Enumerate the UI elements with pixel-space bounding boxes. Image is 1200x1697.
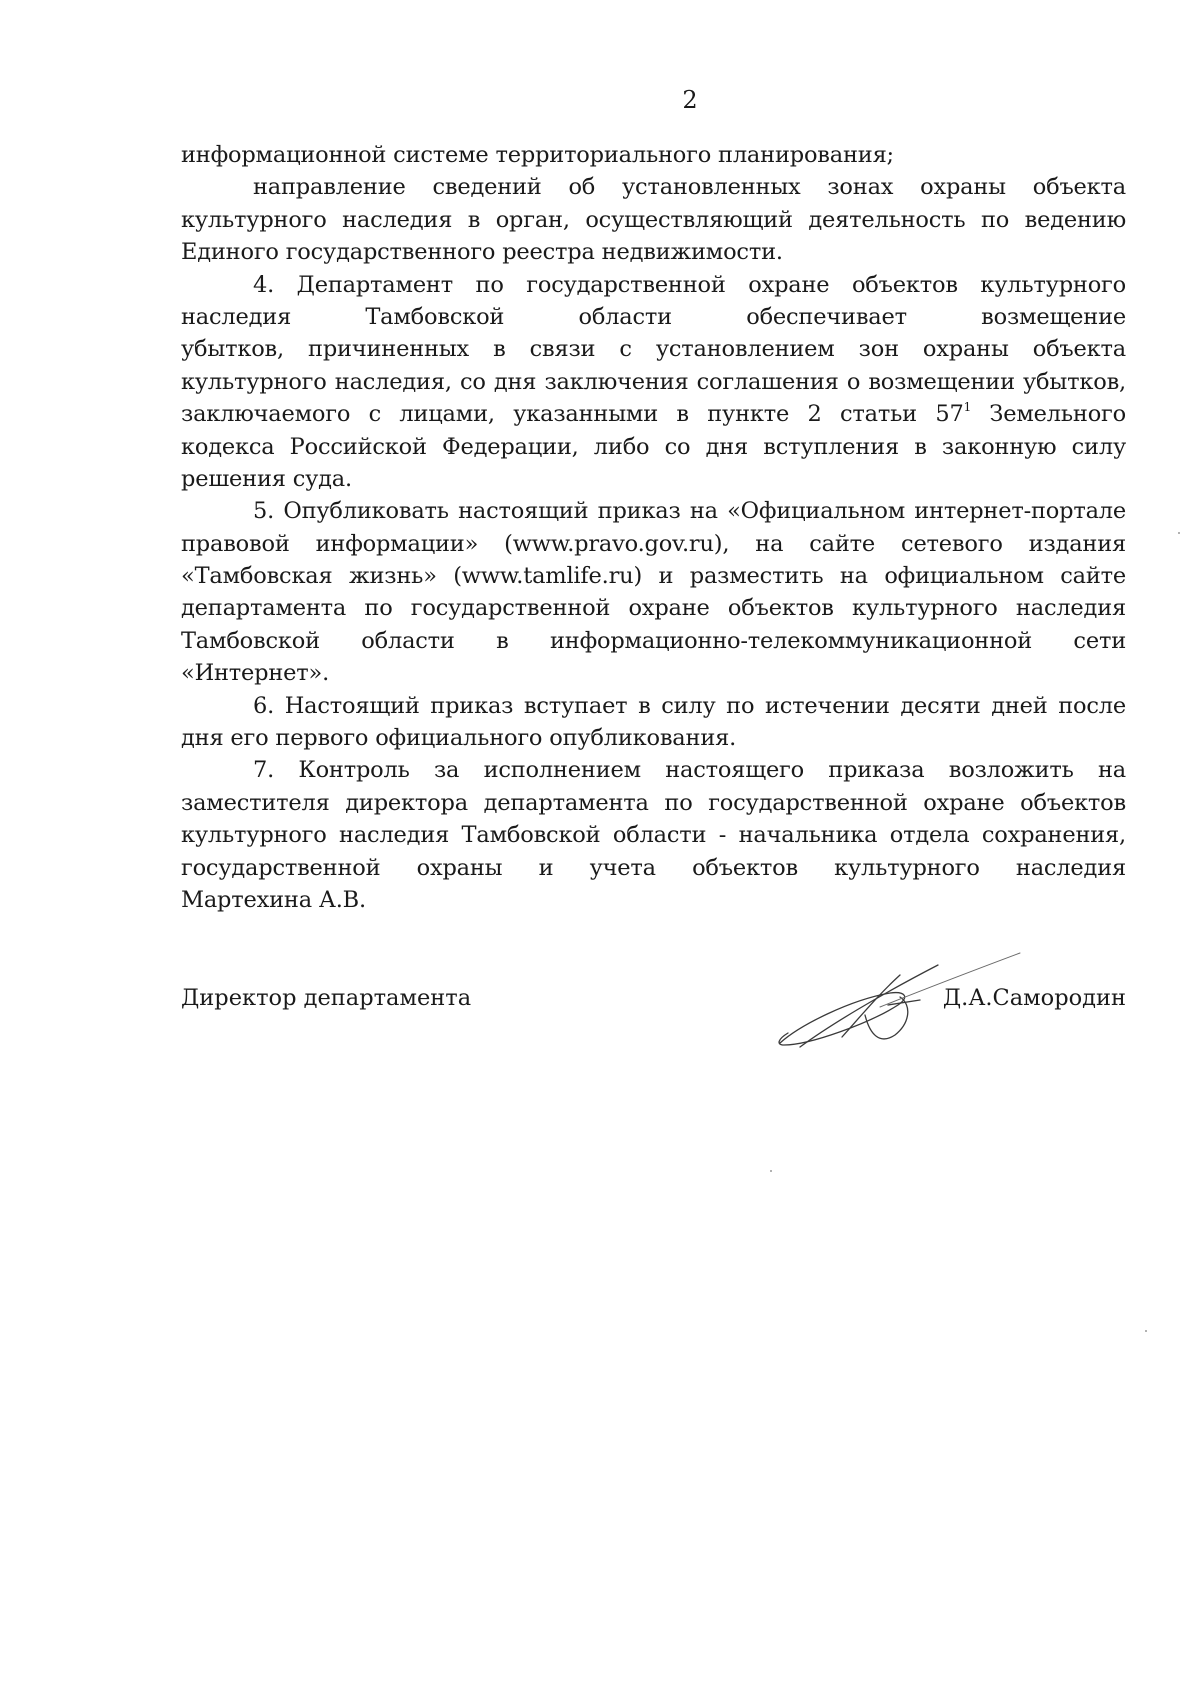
text-line: культурного наследия в орган, осуществля… — [181, 204, 1126, 236]
text-line: культурного наследия Тамбовской области … — [181, 819, 1126, 851]
text-line: 7. Контроль за исполнением настоящего пр… — [181, 754, 1126, 786]
text-line: наследия Тамбовской области обеспечивает… — [181, 301, 1126, 333]
text-line: направление сведений об установленных зо… — [181, 171, 1126, 203]
text-line: кодекса Российской Федерации, либо со дн… — [181, 431, 1126, 463]
page-number: 2 — [0, 84, 1200, 116]
article-superscript: 1 — [964, 400, 971, 414]
text-line: Мартехина А.В. — [181, 884, 1126, 916]
order-body-text: информационной системе территориального … — [181, 139, 1126, 916]
text-line: «Интернет». — [181, 657, 1126, 689]
scan-speck — [770, 1170, 772, 1172]
text-line: заместителя директора департамента по го… — [181, 787, 1126, 819]
text-line: решения суда. — [181, 463, 1126, 495]
text-line: дня его первого официального опубликован… — [181, 722, 1126, 754]
text-line: правовой информации» (www.pravo.gov.ru),… — [181, 528, 1126, 560]
document-page: 2 информационной системе территориальног… — [0, 0, 1200, 1697]
text-line: государственной охраны и учета объектов … — [181, 852, 1126, 884]
text-line: заключаемого с лицами, указанными в пунк… — [181, 398, 1126, 430]
scan-speck — [1178, 532, 1180, 534]
text-line: информационной системе территориального … — [181, 139, 1126, 171]
scan-speck — [1145, 1330, 1147, 1332]
text-line: убытков, причиненных в связи с установле… — [181, 333, 1126, 365]
text-line: культурного наследия, со дня заключения … — [181, 366, 1126, 398]
handwritten-signature-icon — [770, 945, 1030, 1055]
text-line: 4. Департамент по государственной охране… — [181, 269, 1126, 301]
text-line: Тамбовской области в информационно-телек… — [181, 625, 1126, 657]
text-line: Единого государственного реестра недвижи… — [181, 236, 1126, 268]
text-line: «Тамбовская жизнь» (www.tamlife.ru) и ра… — [181, 560, 1126, 592]
text-line: 5. Опубликовать настоящий приказ на «Офи… — [181, 495, 1126, 527]
signer-title: Директор департамента — [181, 982, 471, 1014]
text-line: департамента по государственной охране о… — [181, 592, 1126, 624]
text-line: 6. Настоящий приказ вступает в силу по и… — [181, 690, 1126, 722]
